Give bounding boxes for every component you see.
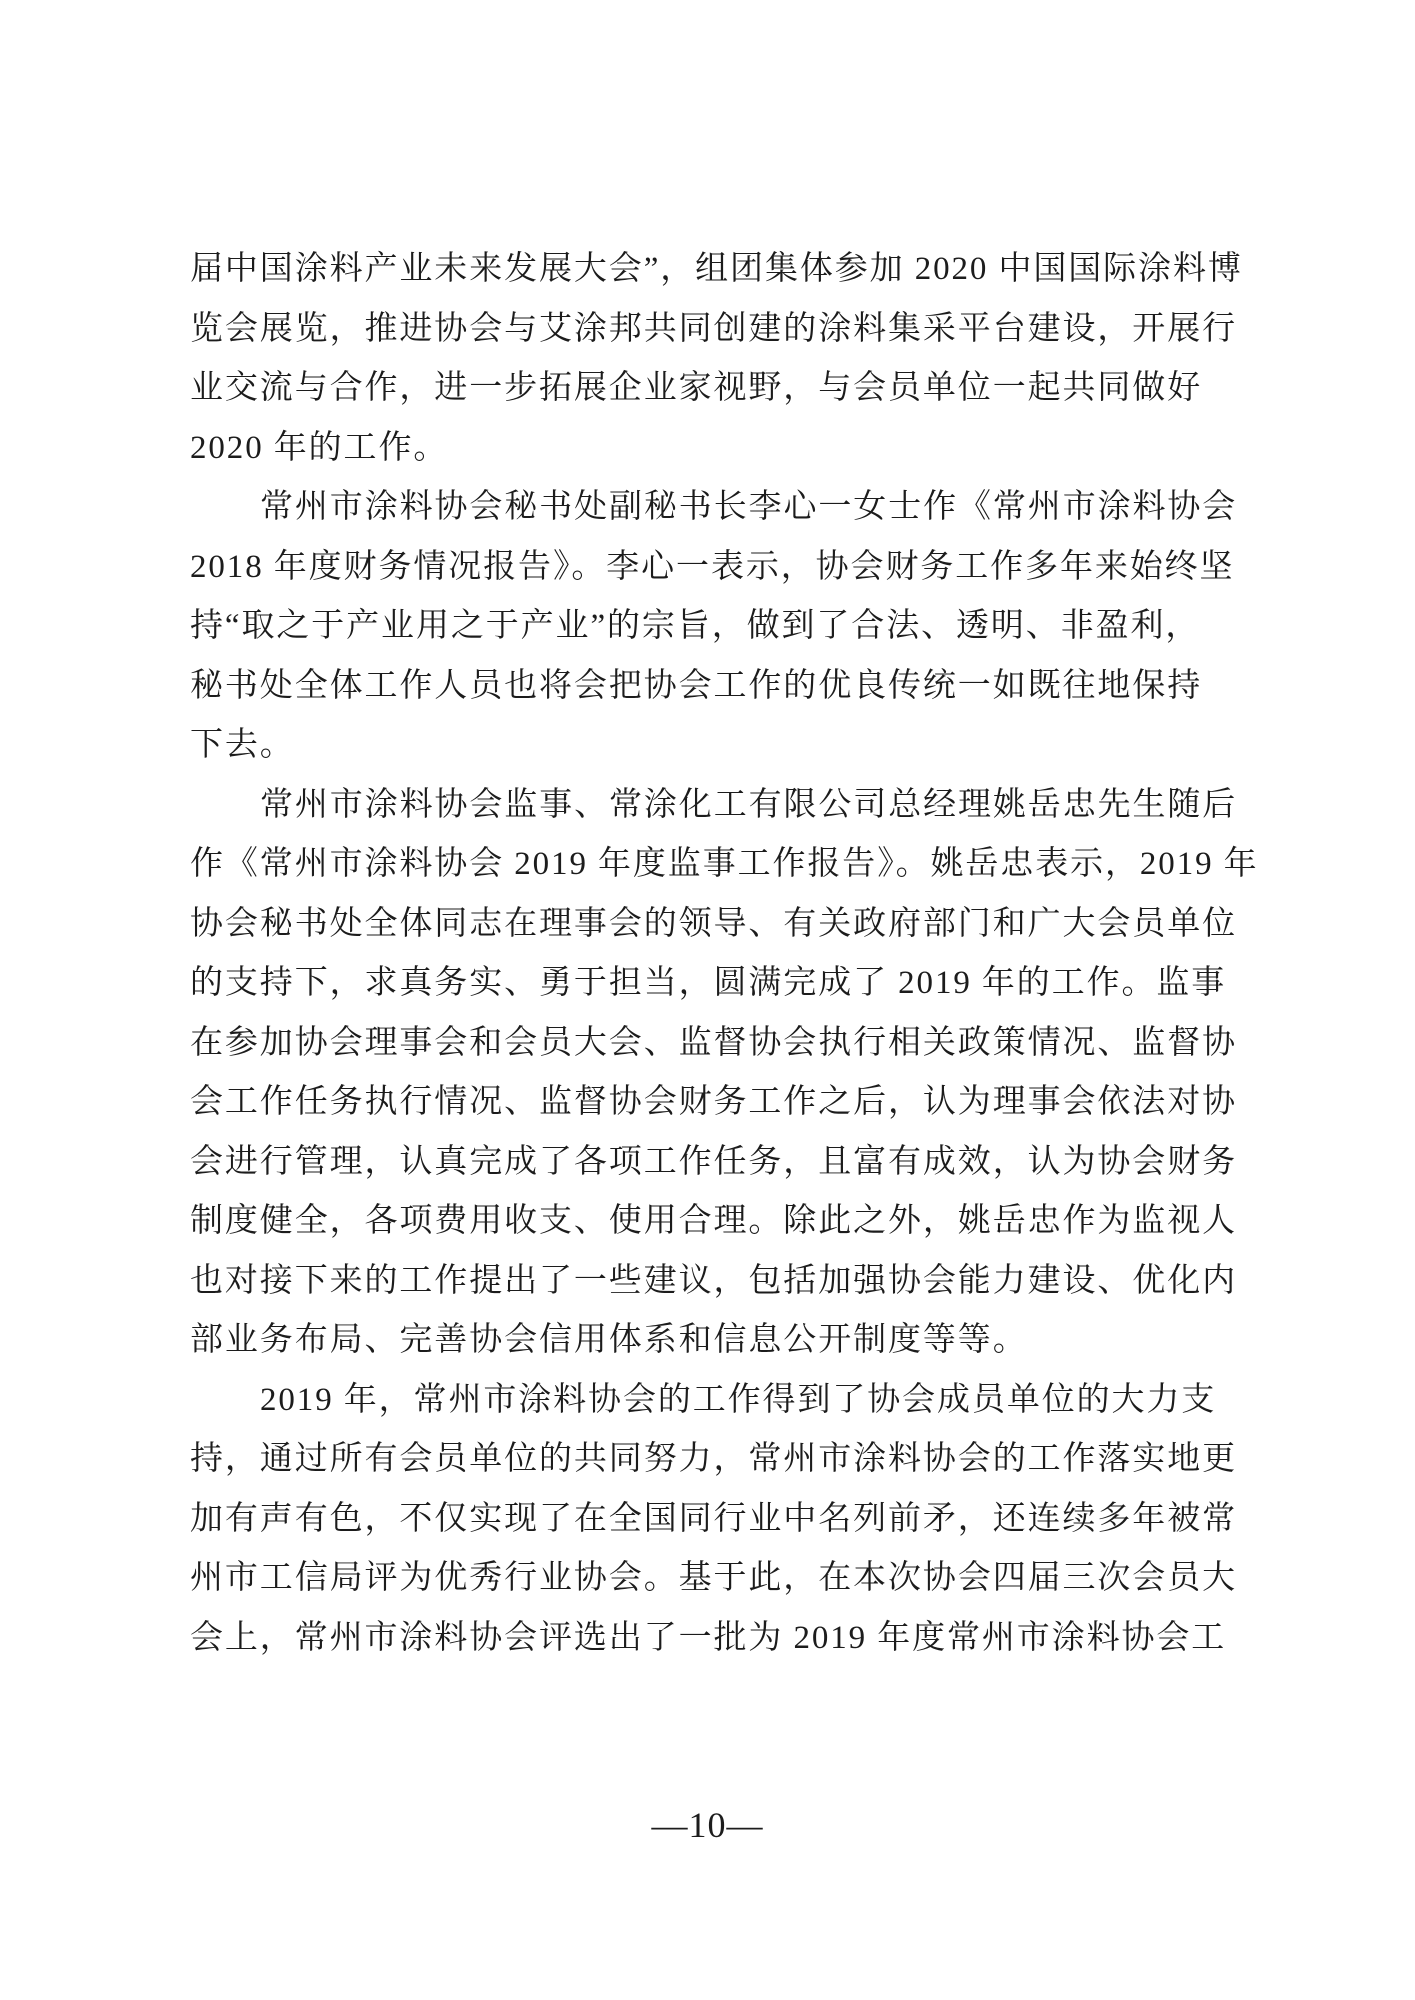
text-line: 业交流与合作，进一步拓展企业家视野，与会员单位一起共同做好 [190, 359, 1237, 419]
document-body: 届中国涂料产业未来发展大会”，组团集体参加 2020 中国国际涂料博览会展览，推… [190, 240, 1237, 1668]
text-line: 持，通过所有会员单位的共同努力，常州市涂料协会的工作落实地更 [190, 1430, 1237, 1490]
text-line: 会上，常州市涂料协会评选出了一批为 2019 年度常州市涂料协会工 [190, 1609, 1237, 1669]
text-line: 2020 年的工作。 [190, 419, 1237, 479]
text-line: 届中国涂料产业未来发展大会”，组团集体参加 2020 中国国际涂料博 [190, 240, 1237, 300]
text-line: 常州市涂料协会监事、常涂化工有限公司总经理姚岳忠先生随后 [190, 776, 1237, 836]
text-line: 2018 年度财务情况报告》。李心一表示，协会财务工作多年来始终坚 [190, 538, 1237, 598]
page-number: —10— [0, 1804, 1415, 1846]
text-line: 2019 年，常州市涂料协会的工作得到了协会成员单位的大力支 [190, 1371, 1237, 1431]
text-line: 下去。 [190, 716, 1237, 776]
text-line: 常州市涂料协会秘书处副秘书长李心一女士作《常州市涂料协会 [190, 478, 1237, 538]
text-line: 秘书处全体工作人员也将会把协会工作的优良传统一如既往地保持 [190, 657, 1237, 717]
document-page: 届中国涂料产业未来发展大会”，组团集体参加 2020 中国国际涂料博览会展览，推… [0, 0, 1415, 2000]
text-line: 会工作任务执行情况、监督协会财务工作之后，认为理事会依法对协 [190, 1073, 1237, 1133]
text-line: 也对接下来的工作提出了一些建议，包括加强协会能力建设、优化内 [190, 1252, 1237, 1312]
text-line: 加有声有色，不仅实现了在全国同行业中名列前矛，还连续多年被常 [190, 1490, 1237, 1550]
text-line: 部业务布局、完善协会信用体系和信息公开制度等等。 [190, 1311, 1237, 1371]
text-line: 的支持下，求真务实、勇于担当，圆满完成了 2019 年的工作。监事 [190, 954, 1237, 1014]
text-line: 在参加协会理事会和会员大会、监督协会执行相关政策情况、监督协 [190, 1014, 1237, 1074]
text-line: 制度健全，各项费用收支、使用合理。除此之外，姚岳忠作为监视人 [190, 1192, 1237, 1252]
text-line: 会进行管理，认真完成了各项工作任务，且富有成效，认为协会财务 [190, 1133, 1237, 1193]
text-line: 作《常州市涂料协会 2019 年度监事工作报告》。姚岳忠表示，2019 年 [190, 835, 1237, 895]
text-line: 览会展览，推进协会与艾涂邦共同创建的涂料集采平台建设，开展行 [190, 300, 1237, 360]
text-line: 协会秘书处全体同志在理事会的领导、有关政府部门和广大会员单位 [190, 895, 1237, 955]
text-line: 持“取之于产业用之于产业”的宗旨，做到了合法、透明、非盈利， [190, 597, 1237, 657]
text-line: 州市工信局评为优秀行业协会。基于此，在本次协会四届三次会员大 [190, 1549, 1237, 1609]
